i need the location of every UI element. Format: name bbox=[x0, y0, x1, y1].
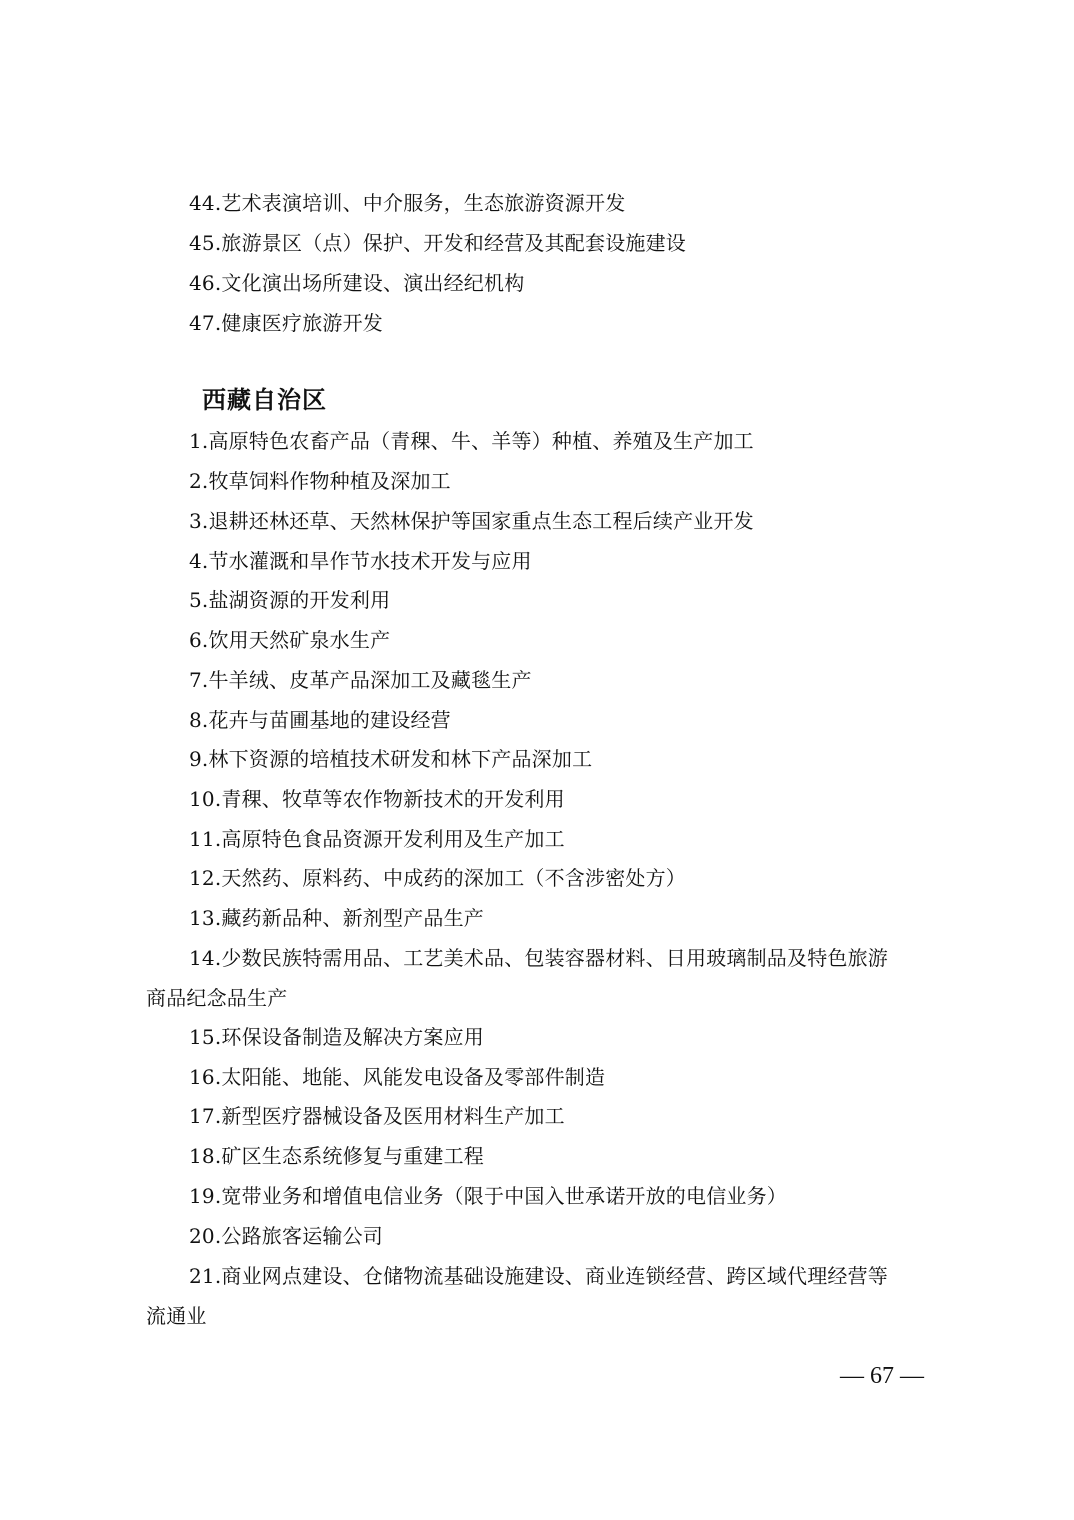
document-page: 44.艺术表演培训、中介服务，生态旅游资源开发 45.旅游景区（点）保护、开发和… bbox=[0, 0, 1074, 1520]
list-item-5: 5.盐湖资源的开发利用 bbox=[189, 588, 390, 612]
list-item-16: 16.太阳能、地能、风能发电设备及零部件制造 bbox=[189, 1065, 605, 1089]
list-item-4: 4.节水灌溉和旱作节水技术开发与应用 bbox=[189, 549, 532, 573]
list-item-10: 10.青稞、牧草等农作物新技术的开发利用 bbox=[189, 787, 565, 811]
list-item-8: 8.花卉与苗圃基地的建设经营 bbox=[189, 708, 451, 732]
list-item-3: 3.退耕还林还草、天然林保护等国家重点生态工程后续产业开发 bbox=[189, 509, 754, 533]
list-item-21: 21.商业网点建设、仓储物流基础设施建设、商业连锁经营、跨区域代理经营等 bbox=[189, 1264, 888, 1288]
list-item-18: 18.矿区生态系统修复与重建工程 bbox=[189, 1144, 484, 1168]
list-item-9: 9.林下资源的培植技术研发和林下产品深加工 bbox=[189, 747, 592, 771]
list-item-6: 6.饮用天然矿泉水生产 bbox=[189, 628, 390, 652]
list-item-46: 46.文化演出场所建设、演出经纪机构 bbox=[189, 271, 524, 295]
list-item-11: 11.高原特色食品资源开发利用及生产加工 bbox=[189, 827, 565, 851]
list-item-19: 19.宽带业务和增值电信业务（限于中国入世承诺开放的电信业务） bbox=[189, 1184, 787, 1208]
list-item-21-continuation: 流通业 bbox=[146, 1304, 207, 1328]
list-item-44: 44.艺术表演培训、中介服务，生态旅游资源开发 bbox=[189, 191, 625, 215]
list-item-14-continuation: 商品纪念品生产 bbox=[146, 986, 287, 1010]
list-item-47: 47.健康医疗旅游开发 bbox=[189, 311, 383, 335]
section-heading: 西藏自治区 bbox=[202, 385, 327, 415]
list-item-20: 20.公路旅客运输公司 bbox=[189, 1224, 383, 1248]
page-number: — 67 — bbox=[840, 1362, 924, 1390]
list-item-15: 15.环保设备制造及解决方案应用 bbox=[189, 1025, 484, 1049]
list-item-45: 45.旅游景区（点）保护、开发和经营及其配套设施建设 bbox=[189, 231, 686, 255]
list-item-17: 17.新型医疗器械设备及医用材料生产加工 bbox=[189, 1104, 565, 1128]
list-item-2: 2.牧草饲料作物种植及深加工 bbox=[189, 469, 451, 493]
list-item-1: 1.高原特色农畜产品（青稞、牛、羊等）种植、养殖及生产加工 bbox=[189, 429, 754, 453]
list-item-12: 12.天然药、原料药、中成药的深加工（不含涉密处方） bbox=[189, 866, 686, 890]
list-item-14: 14.少数民族特需用品、工艺美术品、包装容器材料、日用玻璃制品及特色旅游 bbox=[189, 946, 888, 970]
list-item-13: 13.藏药新品种、新剂型产品生产 bbox=[189, 906, 484, 930]
list-item-7: 7.牛羊绒、皮革产品深加工及藏毯生产 bbox=[189, 668, 532, 692]
